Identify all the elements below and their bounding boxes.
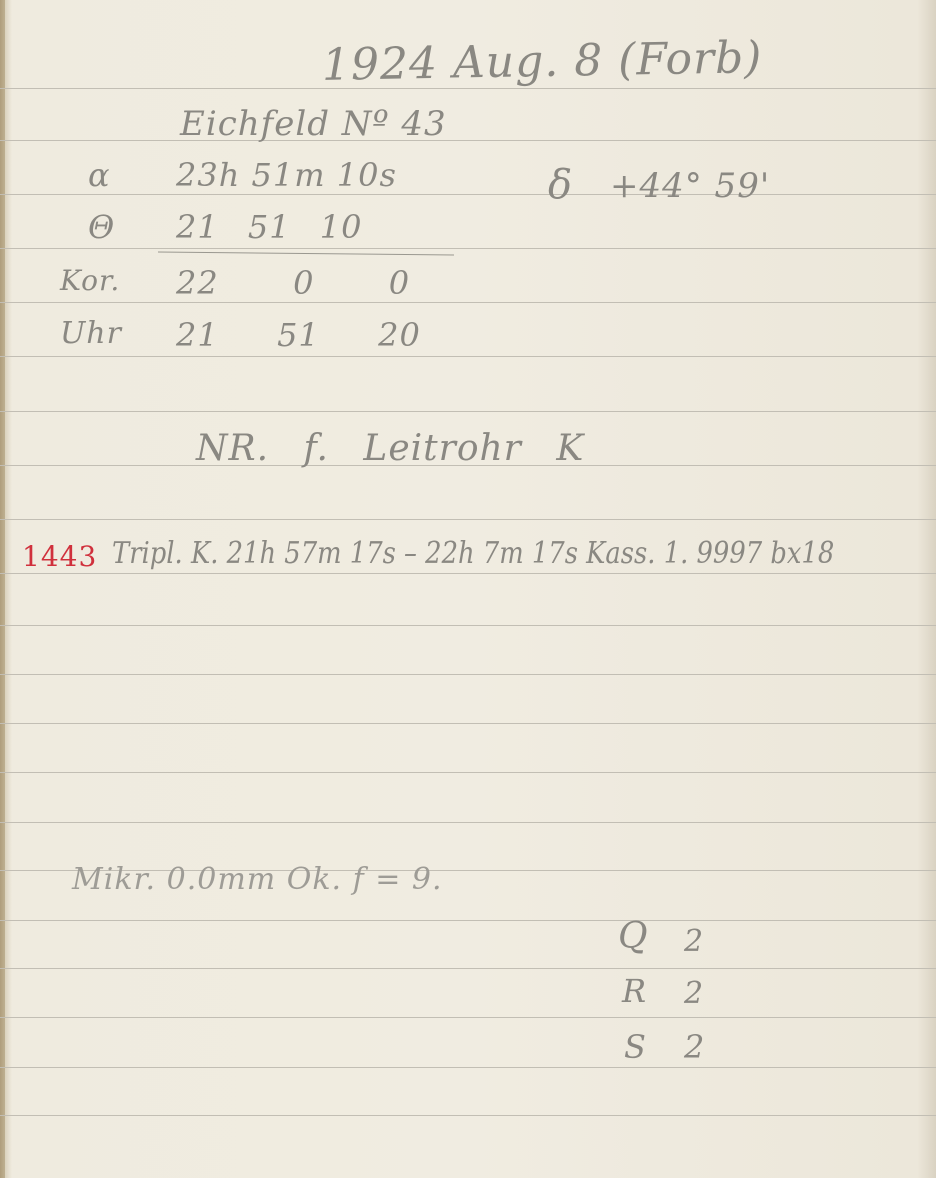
- ruled-line: [0, 302, 936, 303]
- ruled-line: [0, 519, 936, 520]
- rating-r-value: 2: [684, 976, 704, 1011]
- correction-label: Kor.: [60, 264, 120, 297]
- ruled-line: [0, 194, 936, 195]
- ruled-line: [0, 573, 936, 574]
- alpha-value: 23h 51m 10s: [176, 156, 397, 194]
- micrometer-note: Mikr. 0.0mm Ok. f = 9.: [72, 862, 443, 897]
- ruled-line: [0, 356, 936, 357]
- theta-value: 21 51 10: [176, 208, 363, 246]
- delta-label: δ: [548, 162, 573, 208]
- clock-value: 21 51 20: [176, 316, 421, 354]
- ruled-line: [0, 140, 936, 141]
- rating-q-label: Q: [618, 916, 649, 957]
- ruled-line: [0, 1067, 936, 1068]
- ruled-line: [0, 968, 936, 969]
- ruled-line: [0, 920, 936, 921]
- clock-label: Uhr: [60, 316, 122, 351]
- ruled-line: [0, 411, 936, 412]
- ruled-line: [0, 625, 936, 626]
- correction-value: 22 0 0: [176, 264, 410, 302]
- observation-date: 1924 Aug. 8 (Forb): [322, 32, 763, 91]
- theta-label: Θ: [88, 208, 115, 246]
- ruled-line: [0, 674, 936, 675]
- notebook-page: 1924 Aug. 8 (Forb) Eichfeld Nº 43 α 23h …: [0, 0, 936, 1178]
- ruled-line: [0, 772, 936, 773]
- ruled-line: [0, 1017, 936, 1018]
- ruled-line: [0, 822, 936, 823]
- rating-s-label: S: [624, 1028, 647, 1066]
- ruled-line: [0, 723, 936, 724]
- binding-edge: [0, 0, 5, 1178]
- guide-note: NR. f. Leitrohr K: [196, 428, 584, 469]
- object-name: Eichfeld Nº 43: [180, 104, 447, 144]
- ruled-line: [0, 1115, 936, 1116]
- rating-r-label: R: [622, 972, 647, 1010]
- entry-text: Tripl. K. 21h 57m 17s – 22h 7m 17s Kass.…: [112, 536, 834, 571]
- entry-number: 1443: [22, 540, 97, 573]
- rating-s-value: 2: [684, 1028, 705, 1066]
- ruled-line: [0, 248, 936, 249]
- rating-q-value: 2: [684, 924, 704, 959]
- alpha-label: α: [88, 156, 111, 194]
- delta-value: +44° 59': [610, 166, 770, 206]
- sum-underline: [158, 251, 454, 255]
